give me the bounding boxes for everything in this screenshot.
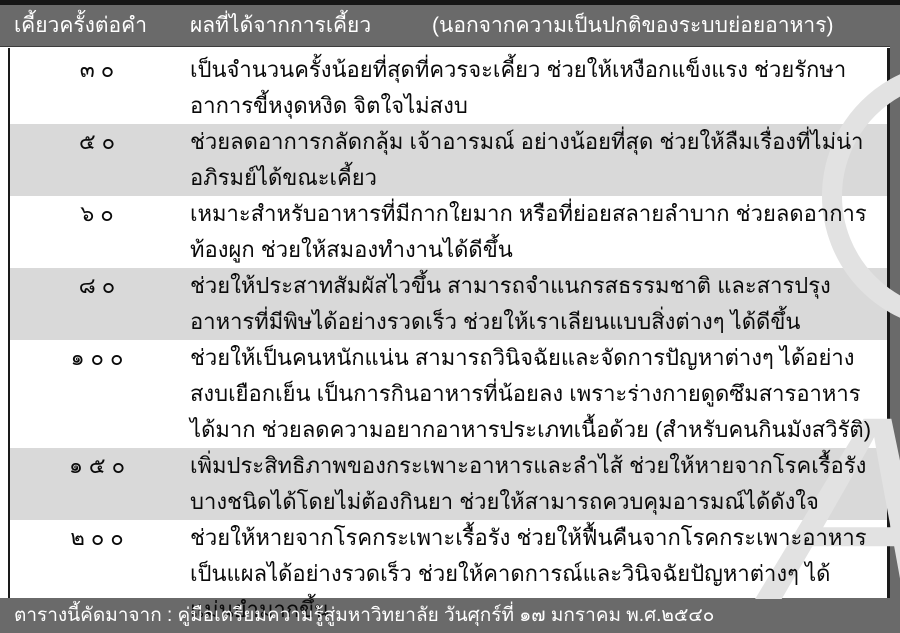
table-row: ๑๐๐ ช่วยให้เป็นคนหนักแน่น สามารถวินิจฉัย… — [10, 340, 887, 448]
chew-count-cell: ๘๐ — [10, 268, 190, 304]
table-header-row: เคี้ยวครั้งต่อคำ ผลที่ได้จากการเคี้ยว (น… — [0, 5, 900, 47]
chew-result-cell: เพิ่มประสิทธิภาพของกระเพาะอาหารและลำไส้ … — [190, 448, 887, 520]
chew-count-cell: ๕๐ — [10, 124, 190, 160]
table-row: ๑๕๐ เพิ่มประสิทธิภาพของกระเพาะอาหารและลำ… — [10, 448, 887, 520]
source-citation-text: ตารางนี้คัดมาจาก : คู่มือเตรียมความรู้สู… — [14, 598, 714, 633]
header-chews-per-bite: เคี้ยวครั้งต่อคำ — [14, 5, 147, 46]
chew-count-cell: ๑๕๐ — [10, 448, 190, 484]
chew-count-cell: ๖๐ — [10, 196, 190, 232]
right-edge-strip — [890, 46, 900, 598]
chew-result-cell: เป็นจำนวนครั้งน้อยที่สุดที่ควรจะเคี้ยว ช… — [190, 52, 887, 124]
chew-result-cell: ช่วยลดอาการกลัดกลุ้ม เจ้าอารมณ์ อย่างน้อ… — [190, 124, 887, 196]
table-body: ๓๐ เป็นจำนวนครั้งน้อยที่สุดที่ควรจะเคี้ย… — [8, 48, 890, 630]
chewing-benefits-table-page: A เคี้ยวครั้งต่อคำ ผลที่ได้จากการเคี้ยว … — [0, 0, 900, 633]
table-row: ๕๐ ช่วยลดอาการกลัดกลุ้ม เจ้าอารมณ์ อย่าง… — [10, 124, 887, 196]
chew-count-cell: ๓๐ — [10, 52, 190, 88]
table-row: ๖๐ เหมาะสำหรับอาหารที่มีกากใยมาก หรือที่… — [10, 196, 887, 268]
table-row: ๓๐ เป็นจำนวนครั้งน้อยที่สุดที่ควรจะเคี้ย… — [10, 48, 887, 124]
header-note-digestive-system: (นอกจากความเป็นปกติของระบบย่อยอาหาร) — [432, 5, 833, 46]
chew-result-cell: ช่วยให้เป็นคนหนักแน่น สามารถวินิจฉัยและจ… — [190, 340, 887, 448]
chew-result-cell: เหมาะสำหรับอาหารที่มีกากใยมาก หรือที่ย่อ… — [190, 196, 887, 268]
chew-result-cell: ช่วยให้ประสาทสัมผัสไวขึ้น สามารถจำแนกรสธ… — [190, 268, 887, 340]
table-row: ๘๐ ช่วยให้ประสาทสัมผัสไวขึ้น สามารถจำแนก… — [10, 268, 887, 340]
header-chewing-results: ผลที่ได้จากการเคี้ยว — [190, 5, 371, 46]
chew-count-cell: ๑๐๐ — [10, 340, 190, 376]
chew-count-cell: ๒๐๐ — [10, 520, 190, 556]
